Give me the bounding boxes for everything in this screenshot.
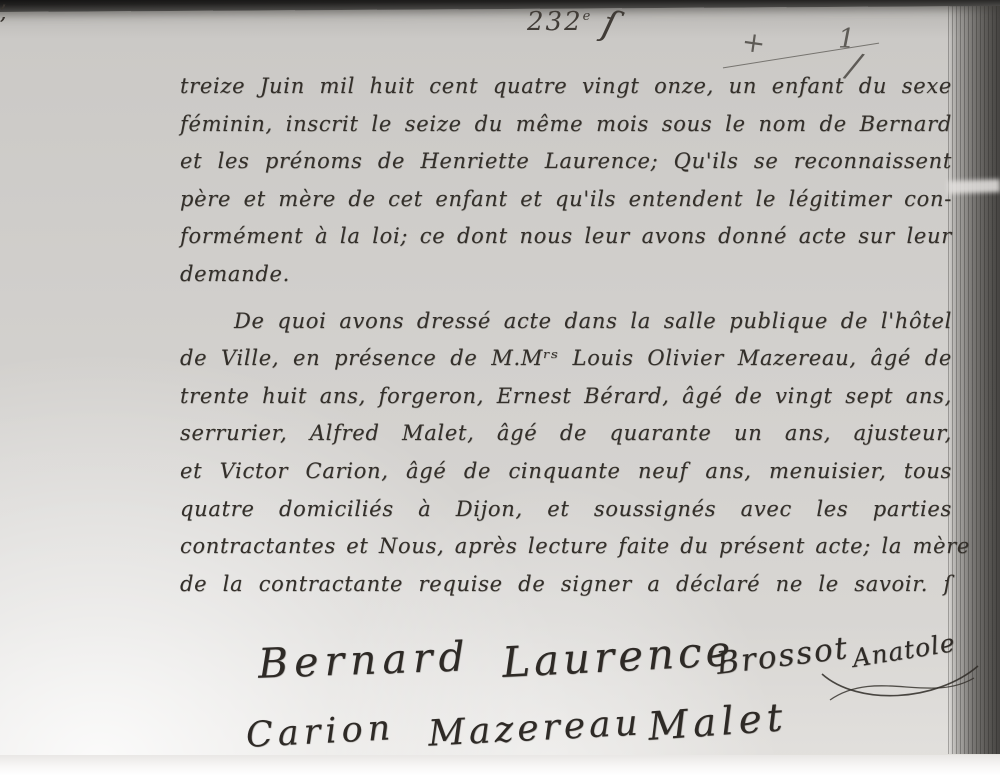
manuscript-line: et Victor Carion, âgé de cinquante neuf … [180,453,952,491]
manuscript-line: féminin, inscrit le seize du même mois s… [180,106,952,144]
scan-top-edge [0,0,1000,12]
scan-bottom-edge [0,755,1000,776]
signature-carion: Carion [245,708,396,756]
manuscript-line: De quoi avons dressé acte dans la salle … [180,303,952,341]
page-number: 232e ſ [527,4,617,45]
registry-page-scan: 232e ſ + 1 / treize Juin mil huit cent q… [0,0,1000,776]
signature-laurence: Laurence [501,626,736,687]
page-gap-highlight [948,179,1000,194]
book-binding-edge [948,0,1000,754]
manuscript-line: de Ville, en présence de M.Mʳˢ Louis Oli… [180,340,952,378]
manuscript-line: demande. [180,256,952,294]
page-number-paraph: ſ [599,3,622,46]
stray-ink-mark: ’ [0,0,6,24]
act-text-block: treize Juin mil huit cent quatre vingt o… [180,68,952,603]
manuscript-line: de la contractante requise de signer a d… [180,566,952,604]
manuscript-line: et les prénoms de Henriette Laurence; Qu… [180,143,952,181]
manuscript-line: contractantes et Nous, après lecture fai… [180,528,952,566]
page-number-superscript: e [583,9,591,24]
signature-flourish [818,660,983,710]
manuscript-line: père et mère de cet enfant et qu'ils ent… [180,181,952,219]
manuscript-line: serrurier, Alfred Malet, âgé de quarante… [180,415,952,453]
signature-malet: Malet [647,695,789,750]
signature-mazereau: Mazereau [427,702,643,754]
manuscript-line: formément à la loi; ce dont nous leur av… [180,218,952,256]
signature-bernard: Bernard [257,632,471,687]
pencil-cross-mark: + [740,25,768,61]
page-number-value: 232 [527,7,583,37]
manuscript-line: trente huit ans, forgeron, Ernest Bérard… [180,378,952,416]
manuscript-line: treize Juin mil huit cent quatre vingt o… [180,68,952,106]
manuscript-line: quatre domiciliés à Dijon, et soussignés… [180,491,952,529]
